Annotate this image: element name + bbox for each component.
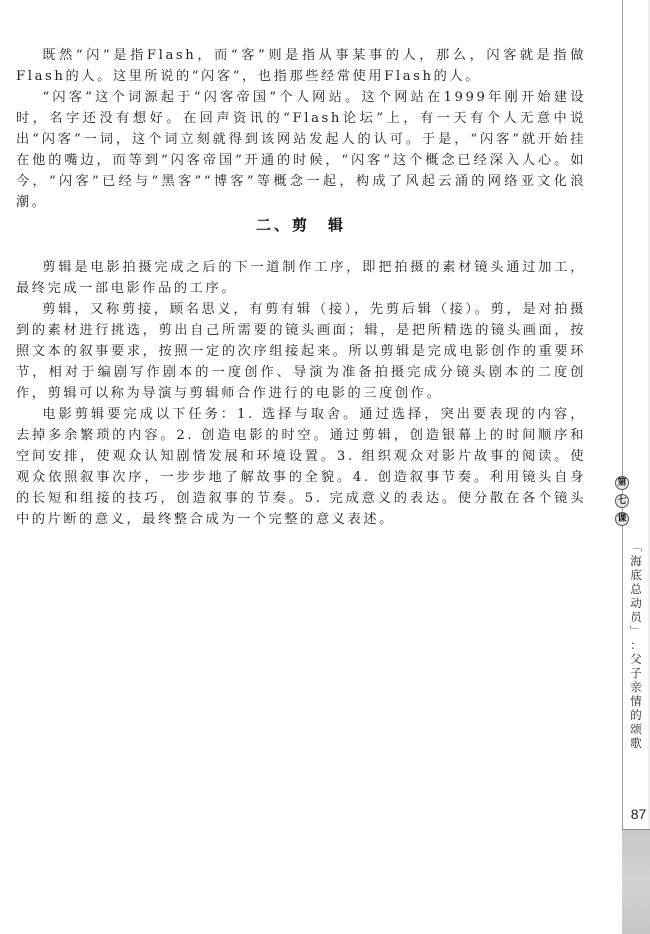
paragraph-editing-definition: 剪辑是电影拍摄完成之后的下一道制作工序，即把拍摄的素材镜头通过加工，最终完成一部… bbox=[16, 257, 586, 299]
title-char: 动 bbox=[628, 596, 644, 610]
title-char: 情 bbox=[628, 694, 644, 708]
title-char: 的 bbox=[628, 708, 644, 722]
title-char: 颂 bbox=[628, 722, 644, 736]
title-char: 亲 bbox=[628, 680, 644, 694]
paragraph-shanke-origin: “闪客”这个词源起于“闪客帝国”个人网站。这个网站在1999年刚开始建设时，名字… bbox=[16, 87, 586, 213]
title-char: 子 bbox=[628, 666, 644, 680]
lesson-badge-char: 课 bbox=[615, 512, 629, 526]
margin-rule bbox=[622, 0, 623, 934]
paragraph-shanke-definition: 既然“闪”是指Flash，而“客”则是指从事某事的人，那么，闪客就是指做Flas… bbox=[16, 45, 586, 87]
page-body: 既然“闪”是指Flash，而“客”则是指从事某事的人，那么，闪客就是指做Flas… bbox=[16, 45, 586, 213]
section-editing: 剪辑是电影拍摄完成之后的下一道制作工序，即把拍摄的素材镜头通过加工，最终完成一部… bbox=[16, 257, 586, 530]
title-char: 总 bbox=[628, 582, 644, 596]
lesson-badge-char: 第 bbox=[615, 476, 629, 490]
title-char: 海 bbox=[628, 554, 644, 568]
page-number: 87 bbox=[627, 806, 650, 822]
title-char: ： bbox=[628, 638, 644, 652]
title-char: 员 bbox=[628, 610, 644, 624]
title-char: 父 bbox=[628, 652, 644, 666]
chapter-running-title: ﹁ 海 底 总 动 员 ﹂ ： 父 子 亲 情 的 颂 歌 bbox=[628, 540, 644, 750]
paragraph-editing-meaning: 剪辑，又称剪接，顾名思义，有剪有辑（接），先剪后辑（接）。剪，是对拍摄到的素材进… bbox=[16, 299, 586, 404]
paragraph-editing-tasks: 电影剪辑要完成以下任务：1. 选择与取舍。通过选择，突出要表现的内容，去掉多余繁… bbox=[16, 404, 586, 530]
section-heading-editing: 二、剪 辑 bbox=[16, 214, 586, 235]
title-char: 底 bbox=[628, 568, 644, 582]
title-char: 歌 bbox=[628, 736, 644, 750]
lesson-badges: 第 七 课 bbox=[615, 476, 630, 530]
title-char: ﹁ bbox=[628, 540, 644, 554]
lesson-badge-char: 七 bbox=[615, 494, 629, 508]
title-char: ﹂ bbox=[628, 624, 644, 638]
thumb-index-band bbox=[622, 829, 650, 934]
